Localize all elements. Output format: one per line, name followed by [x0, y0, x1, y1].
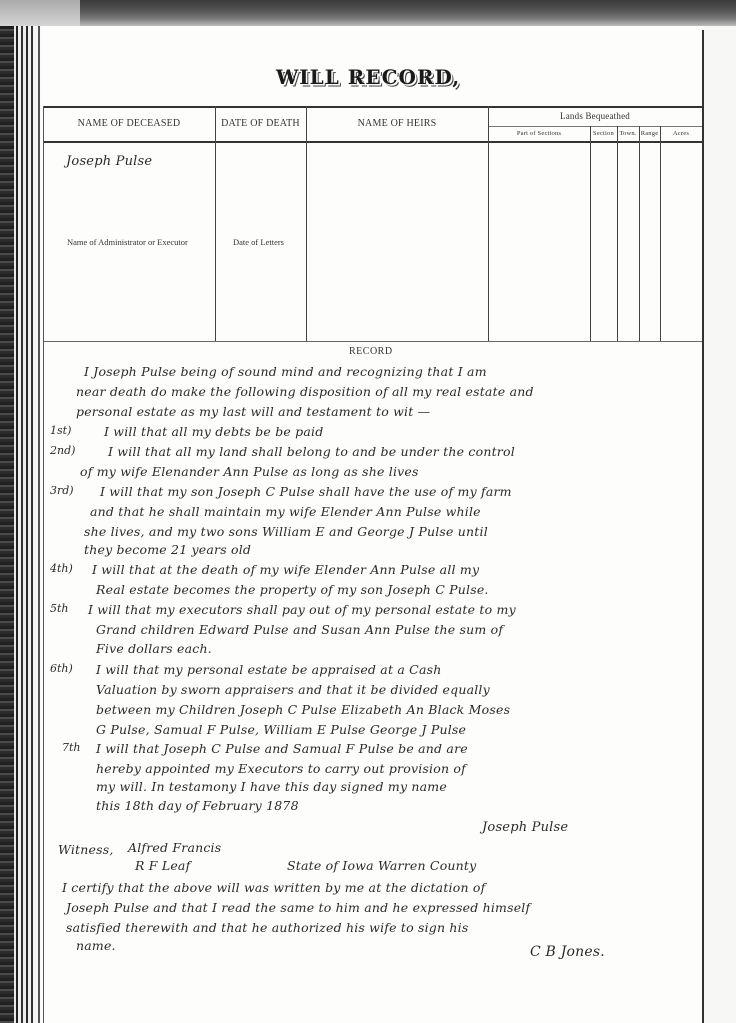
record-line: Valuation by sworn appraisers and that i… [96, 682, 490, 697]
witnesses-label: Witness, [58, 842, 114, 857]
clause-number: 7th [62, 741, 81, 754]
col-divider-deceased [215, 106, 216, 341]
clause-number: 3rd) [50, 484, 74, 497]
record-line: G Pulse, Samual F Pulse, William E Pulse… [96, 722, 466, 737]
header-town: Town. [617, 130, 639, 137]
clause-number: 5th [50, 602, 69, 615]
record-line: Five dollars each. [96, 641, 212, 656]
page-title: WILL RECORD, [0, 65, 736, 89]
record-line: my will. In testamony I have this day si… [96, 779, 447, 794]
record-line: this 18th day of February 1878 [96, 798, 299, 813]
col-divider-part [590, 126, 591, 341]
certificate-line: satisfied therewith and that he authoriz… [66, 920, 469, 935]
certificate-line: Joseph Pulse and that I read the same to… [66, 900, 530, 915]
col-divider-range [660, 126, 661, 341]
lands-subheader-rule [488, 126, 702, 127]
header-part-of-sections: Part of Sections [488, 130, 590, 137]
header-range: Range [639, 130, 660, 137]
record-line: personal estate as my last will and test… [76, 404, 430, 419]
date-of-letters-label: Date of Letters [233, 237, 284, 247]
record-line: of my wife Elenander Ann Pulse as long a… [80, 464, 419, 479]
witness-name: R F Leaf [135, 858, 190, 873]
table-left-rule [43, 106, 44, 1023]
record-line: she lives, and my two sons William E and… [84, 524, 488, 539]
clause-number: 1st) [50, 424, 71, 437]
deceased-name: Joseph Pulse [66, 154, 152, 169]
record-line: hereby appointed my Executors to carry o… [96, 761, 466, 776]
header-date-of-death: DATE OF DEATH [215, 118, 306, 129]
record-heading: RECORD [349, 346, 393, 357]
header-acres: Acres [660, 130, 702, 137]
certificate-line: I certify that the above will was writte… [62, 880, 485, 895]
header-bottom-rule [43, 141, 702, 143]
record-line: I will that my personal estate be apprai… [96, 662, 441, 677]
record-line: Grand children Edward Pulse and Susan An… [96, 622, 503, 637]
table-bottom-rule [43, 341, 702, 342]
right-margin [704, 26, 736, 1023]
testator-signature: Joseph Pulse [482, 820, 568, 835]
certifier-signature: C B Jones. [530, 944, 605, 960]
table-top-rule [43, 106, 702, 108]
record-line: and that he shall maintain my wife Elend… [90, 504, 481, 519]
record-line: I will that Joseph C Pulse and Samual F … [96, 741, 468, 756]
col-divider-heirs [488, 106, 489, 341]
clause-number: 4th) [50, 562, 73, 575]
header-name-of-heirs: NAME OF HEIRS [306, 118, 488, 129]
administrator-label: Name of Administrator or Executor [67, 237, 188, 247]
right-border-rule [702, 30, 704, 1023]
witness-name: Alfred Francis [128, 840, 221, 855]
book-binding [0, 26, 42, 1023]
col-divider-town [639, 126, 640, 341]
record-line: I will that at the death of my wife Elen… [92, 562, 479, 577]
record-line: I will that my son Joseph C Pulse shall … [100, 484, 512, 499]
record-line: I will that my executors shall pay out o… [88, 602, 516, 617]
col-divider-death [306, 106, 307, 341]
venue: State of Iowa Warren County [287, 858, 476, 873]
header-lands-bequeathed: Lands Bequeathed [488, 111, 702, 121]
record-line: I Joseph Pulse being of sound mind and r… [84, 364, 487, 379]
col-divider-section [617, 126, 618, 341]
header-section: Section [590, 130, 617, 137]
record-line: Real estate becomes the property of my s… [96, 582, 489, 597]
header-name-of-deceased: NAME OF DECEASED [43, 118, 215, 129]
scan-top-edge [0, 0, 736, 26]
record-line: between my Children Joseph C Pulse Eliza… [96, 702, 510, 717]
clause-number: 2nd) [50, 444, 75, 457]
record-line: I will that all my land shall belong to … [108, 444, 515, 459]
record-line: near death do make the following disposi… [76, 384, 534, 399]
record-line: they become 21 years old [84, 542, 251, 557]
clause-number: 6th) [50, 662, 73, 675]
record-line: I will that all my debts be be paid [104, 424, 323, 439]
certificate-line: name. [76, 938, 116, 953]
